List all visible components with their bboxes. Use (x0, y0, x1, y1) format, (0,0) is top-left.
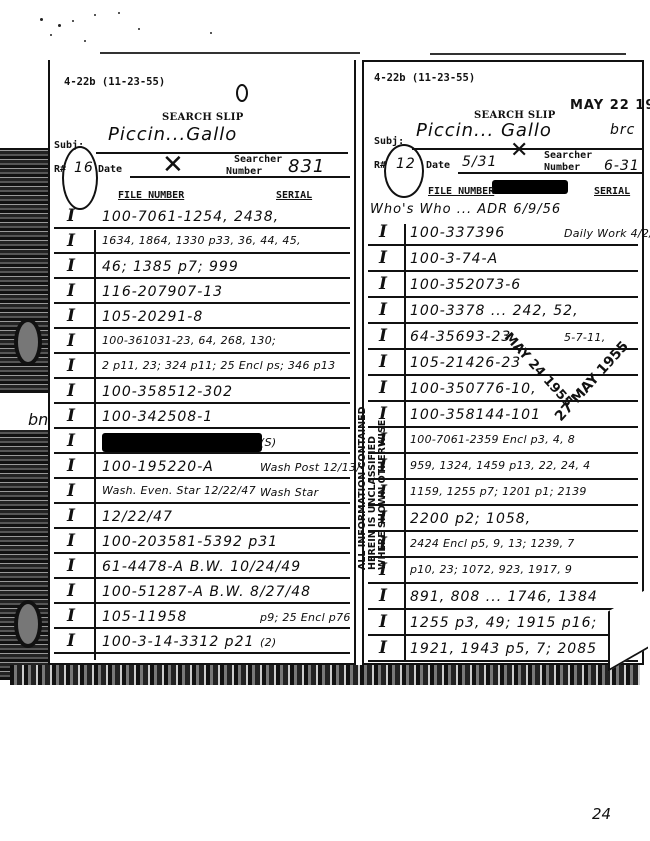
checked-mark: I (372, 586, 394, 606)
checked-mark: I (372, 326, 394, 346)
row-rule (368, 270, 638, 272)
row-rule (54, 402, 350, 404)
file-number: 46; 1385 p7; 999 (102, 259, 239, 275)
row-rule (54, 277, 350, 279)
checked-mark: I (60, 556, 82, 576)
file-number: 100-3-74-A (410, 251, 498, 267)
searcher-number: 831 (288, 156, 325, 177)
date-stamp: MAY 22 1955 (570, 98, 650, 113)
serial: Daily Work 4/2/54 (564, 227, 650, 240)
checked-mark: I (60, 281, 82, 301)
searcher-number: 6-31 (604, 158, 640, 174)
row-rule (54, 302, 350, 304)
checked-mark: I (60, 356, 82, 376)
file-number: p10, 23; 1072, 923, 1917, 9 (410, 563, 572, 576)
checked-mark: I (372, 300, 394, 320)
row-rule (54, 227, 350, 229)
file-number: 116-207907-13 (102, 284, 223, 300)
row-rule (54, 377, 350, 379)
file-number: 100-358144-101 (410, 407, 541, 423)
serial-header: SERIAL (276, 190, 312, 201)
r-circle (62, 146, 98, 210)
checked-mark: I (60, 631, 82, 651)
checked-mark: I (372, 638, 394, 658)
file-number: 1159, 1255 p7; 1201 p1; 2139 (410, 485, 587, 498)
row-rule (368, 296, 638, 298)
page-number: 24 (592, 805, 611, 823)
checked-mark: I (372, 222, 394, 242)
row-rule (368, 556, 638, 558)
file-number: 100-342508-1 (102, 409, 213, 425)
file-number-header: FILE NUMBER (118, 190, 184, 201)
search-slip-right: 4-22b (11-23-55) MAY 22 1955 SEARCH SLIP… (362, 60, 644, 665)
serial-header: SERIAL (594, 186, 630, 197)
checked-mark: I (372, 378, 394, 398)
checked-mark: I (60, 506, 82, 526)
row-rule (54, 352, 350, 354)
row-rule (368, 244, 638, 246)
file-number: 2 p11, 23; 324 p11; 25 Encl ps; 346 p13 (102, 359, 335, 372)
row-rule (368, 452, 638, 454)
date-label: Date (426, 160, 450, 171)
scan-edge-bottom-noise (10, 665, 640, 685)
top-rule-right (430, 53, 626, 55)
row-rule (54, 602, 350, 604)
margin-note: bn (28, 410, 48, 429)
file-number: 100-358512-302 (102, 384, 233, 400)
checked-mark: I (60, 581, 82, 601)
file-number: 959, 1324, 1459 p13, 22, 24, 4 (410, 459, 590, 472)
checked-mark: I (372, 352, 394, 372)
checked-mark: I (60, 431, 82, 451)
file-number: 100-7061-2359 Encl p3, 4, 8 (410, 433, 575, 446)
punch-hole-mark (236, 84, 248, 102)
redaction (492, 180, 568, 194)
x-mark: ✕ (162, 150, 184, 180)
r-value: 12 (396, 156, 416, 172)
file-number: 2424 Encl p5, 9, 13; 1239, 7 (410, 537, 575, 550)
row-rule (54, 627, 350, 629)
row-rule (54, 527, 350, 529)
row-rule (368, 322, 638, 324)
subj-value: Piccin...Gallo (108, 124, 237, 145)
file-number: 1255 p3, 49; 1915 p16; (410, 615, 597, 631)
checked-mark: I (60, 456, 82, 476)
serial: 5-7-11, (564, 331, 606, 344)
serial: p9; 25 Encl p76 (260, 611, 351, 624)
declassification-stamp: ALL INFORMATION CONTAINED HEREIN IS UNCL… (358, 406, 388, 570)
file-number: 105-11958 (102, 609, 187, 625)
initials: brc (610, 122, 635, 138)
row-rule (368, 608, 638, 610)
checked-mark: I (60, 306, 82, 326)
row-rule (54, 477, 350, 479)
row-rule (54, 502, 350, 504)
file-number: 100-3-14-3312 p21 (102, 634, 254, 650)
top-rule-left (100, 52, 360, 54)
column-divider (94, 230, 96, 660)
file-number: 100-337396 (410, 225, 505, 241)
column-divider (404, 224, 406, 662)
file-number: 61-4478-A B.W. 10/24/49 (102, 559, 301, 575)
checked-mark: I (60, 206, 82, 226)
file-number-header: FILE NUMBER (428, 186, 494, 197)
row-rule (368, 348, 638, 350)
r-value: 16 (74, 160, 94, 176)
file-number: 100-361031-23, 64, 268, 130; (102, 334, 276, 347)
file-number: 105-21426-23 (410, 355, 521, 371)
file-number: 100-7061-1254, 2438, (102, 209, 279, 225)
serial: (2) (260, 636, 276, 649)
checked-mark: I (372, 248, 394, 268)
date-label: Date (98, 164, 122, 175)
file-number: 2200 p2; 1058, (410, 511, 531, 527)
row-rule (368, 400, 638, 402)
row-rule (368, 582, 638, 584)
file-number: 100-195220-A (102, 459, 214, 475)
searcher-label: Searcher (234, 154, 282, 165)
form-code: 4-22b (11-23-55) (64, 76, 165, 88)
checked-mark: I (60, 481, 82, 501)
row-rule (368, 530, 638, 532)
file-number: 105-20291-8 (102, 309, 203, 325)
annotation: Who's Who ... ADR 6/9/56 (370, 202, 561, 217)
checked-mark: I (60, 531, 82, 551)
row-rule (54, 577, 350, 579)
checked-mark: I (60, 256, 82, 276)
checked-mark: I (372, 612, 394, 632)
row-rule (54, 252, 350, 254)
file-number: 891, 808 ... 1746, 1384 (410, 589, 598, 605)
file-number: 100-352073-6 (410, 277, 521, 293)
searcher-label: Searcher (544, 150, 592, 161)
subj-value: Piccin... Gallo (416, 120, 552, 141)
checked-mark: I (60, 231, 82, 251)
row-rule (54, 452, 350, 454)
file-number: 100-350776-10, (410, 381, 537, 397)
row-rule (54, 652, 350, 654)
row-rule (368, 504, 638, 506)
form-code: 4-22b (11-23-55) (374, 72, 475, 84)
redaction (102, 433, 262, 452)
file-number: Wash. Even. Star 12/22/47 (102, 484, 256, 497)
serial: (S) (260, 436, 276, 449)
number-label: Number (544, 162, 580, 173)
date-value: 5/31 (462, 154, 497, 170)
scan-edge-bottom (0, 430, 50, 680)
serial: Wash Star (260, 486, 318, 499)
x-mark: ✕ (510, 138, 528, 163)
number-label: Number (226, 166, 262, 177)
checked-mark: I (60, 606, 82, 626)
file-number: 64-35693-23 (410, 329, 511, 345)
file-number: 100-3378 ... 242, 52, (410, 303, 579, 319)
checked-mark: I (60, 406, 82, 426)
row-rule (54, 327, 350, 329)
file-number: 100-203581-5392 p31 (102, 534, 278, 550)
search-slip-left: 4-22b (11-23-55) SEARCH SLIP Subj: Picci… (48, 60, 356, 665)
file-number: 1921, 1943 p5, 7; 2085 (410, 641, 597, 657)
row-rule (368, 426, 638, 428)
slip-title: SEARCH SLIP (162, 112, 244, 123)
checked-mark: I (60, 331, 82, 351)
file-number: 100-51287-A B.W. 8/27/48 (102, 584, 311, 600)
checked-mark: I (372, 274, 394, 294)
row-rule (368, 634, 638, 636)
dated-stamp: 27 MAY 1955 (552, 338, 632, 424)
scan-edge-top (0, 148, 50, 393)
row-rule (368, 478, 638, 480)
row-rule (368, 660, 638, 662)
checked-mark: I (60, 381, 82, 401)
file-number: 1634, 1864, 1330 p33, 36, 44, 45, (102, 234, 301, 247)
row-rule (54, 552, 350, 554)
file-number: 12/22/47 (102, 509, 173, 525)
row-rule (54, 427, 350, 429)
